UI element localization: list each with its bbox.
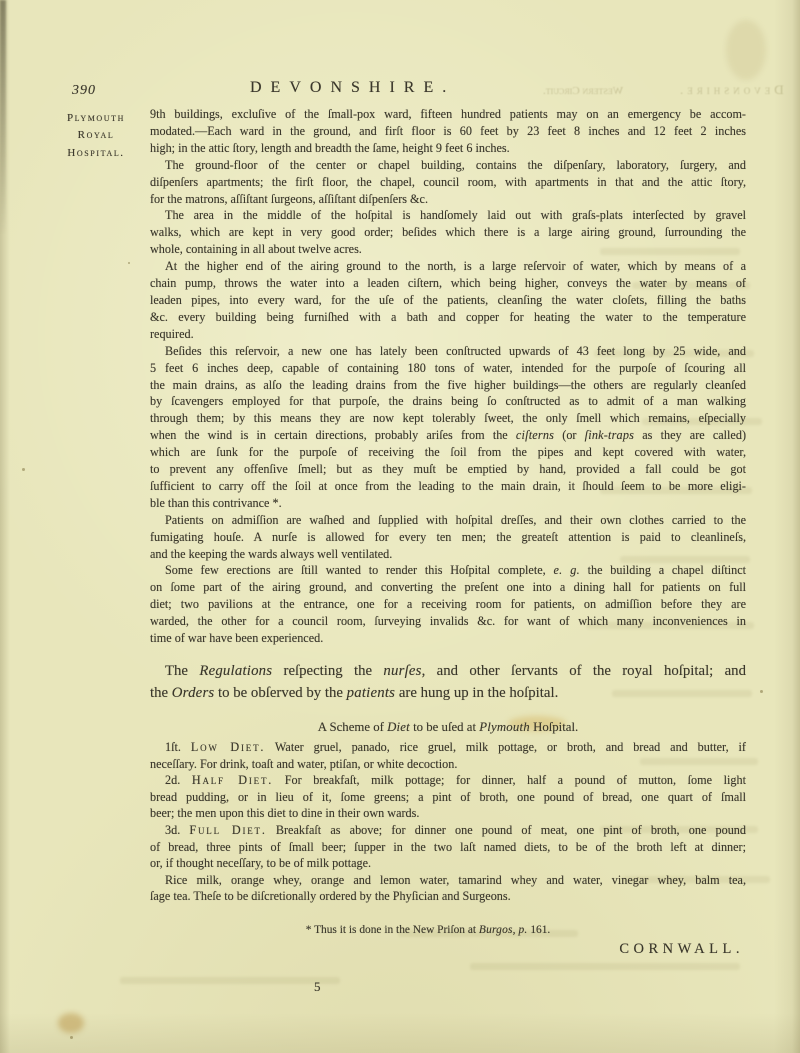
paragraph: 1ſt. Low Diet. Water gruel, panado, rice… [150, 739, 746, 772]
text-segment: 161. [527, 924, 550, 936]
text-segment: The [165, 663, 199, 679]
text-line: of bread, three pints of ſmall beer; ſup… [150, 839, 746, 856]
text-segment: The ground-floor of the center or chapel… [165, 158, 746, 172]
text-segment: and the keeping the wards always well ve… [150, 547, 392, 561]
text-segment: Regulations [199, 663, 272, 679]
text-segment: patients [347, 685, 395, 701]
text-segment: ſink-traps [585, 428, 634, 442]
paragraph: Rice milk, orange whey, orange and lemon… [150, 872, 746, 905]
text-line: diet; two pavilions at the entrance, one… [150, 596, 746, 613]
text-segment: bread pudding, or in lieu of it, ſome gr… [150, 790, 746, 804]
text-segment: e. g. [553, 563, 579, 577]
paper-stain [58, 1013, 84, 1033]
text-segment: Water gruel, panado, rice gruel, milk po… [265, 740, 746, 754]
paragraph: The ground-floor of the center or chapel… [150, 157, 746, 208]
signature-mark: 5 [314, 979, 321, 995]
text-segment: as they are called) [634, 428, 746, 442]
text-line: and the keeping the wards always well ve… [150, 546, 746, 563]
text-segment: Breakfaſt as above; for dinner one pound… [267, 823, 746, 837]
margin-note-line: Plymouth [46, 110, 146, 127]
text-segment: Full Diet. [189, 823, 266, 837]
text-segment: are hung up in the hoſpital. [395, 685, 558, 701]
running-head: DEVONSHIRE. [250, 79, 455, 97]
paragraph: At the higher end of the airing ground t… [150, 258, 746, 343]
paragraph: * Thus it is done in the New Priſon at B… [130, 923, 726, 938]
text-segment: 2d. [165, 773, 192, 787]
text-segment: neceſſary. For drink, toaſt and water, p… [150, 757, 457, 771]
text-segment: required. [150, 327, 194, 341]
text-line: time of war have been experienced. [150, 630, 746, 647]
text-line: * Thus it is done in the New Priſon at B… [130, 923, 726, 938]
text-segment: ciſterns [516, 428, 554, 442]
text-segment: nurſes [383, 663, 421, 679]
text-line: beer; the men upon this diet to dine in … [150, 805, 746, 822]
text-segment: &c. every building being furniſhed with … [150, 310, 746, 324]
text-segment: to prevent any offenſive ſmell; but as t… [150, 462, 746, 476]
show-through-line [470, 963, 740, 970]
catchword: CORNWALL. [619, 941, 744, 958]
text-segment: to be obſerved by the [214, 685, 346, 701]
page-number: 390 [72, 83, 96, 99]
text-line: diſpenſers apartments; the firſt floor, … [150, 174, 746, 191]
text-line: &c. every building being furniſhed with … [150, 309, 746, 326]
text-line: Beſides this reſervoir, a new one has la… [150, 343, 746, 360]
text-line: 3d. Full Diet. Breakfaſt as above; for d… [150, 822, 746, 839]
paragraph: 3d. Full Diet. Breakfaſt as above; for d… [150, 822, 746, 872]
text-segment: modated.—Each ward in the ground, and fi… [150, 124, 746, 138]
text-line: The ground-floor of the center or chapel… [150, 157, 746, 174]
text-line: ſage tea. Theſe to be diſcretionally ord… [150, 888, 746, 905]
text-line: 9th buildings, excluſive of the ſmall-po… [150, 106, 746, 123]
text-segment: diſpenſers apartments; the firſt floor, … [150, 175, 746, 189]
text-segment: or, if thought neceſſary, to be of milk … [150, 856, 371, 870]
text-segment: Half Diet. [192, 773, 273, 787]
text-segment: ſufficient to carry off the ſoil at once… [150, 479, 746, 493]
text-segment: high; in the attic ſtory, length and bre… [150, 141, 510, 155]
text-line: whole, containing in all about twelve ac… [150, 241, 746, 258]
text-line: leaden pipes, into every ward, for the u… [150, 292, 746, 309]
text-line: to prevent any offenſive ſmell; but as t… [150, 461, 746, 478]
text-segment: Patients on admiſſion are waſhed and ſup… [165, 513, 746, 527]
text-segment: the building a chapel diſtinct [580, 563, 746, 577]
text-line: A Scheme of Diet to be uſed at Plymouth … [150, 719, 746, 736]
text-line: on ſome part of the airing ground, and c… [150, 579, 746, 596]
text-segment: Plymouth [479, 720, 530, 734]
text-line: through them; by this means they are now… [150, 410, 746, 427]
show-through-line [120, 977, 340, 984]
text-line: 1ſt. Low Diet. Water gruel, panado, rice… [150, 739, 746, 756]
text-segment: to be uſed at [410, 720, 479, 734]
text-segment: (or [554, 428, 585, 442]
paragraph: 2d. Half Diet. For breakfaſt, milk potta… [150, 772, 746, 822]
text-line: neceſſary. For drink, toaſt and water, p… [150, 756, 746, 773]
text-segment: Burgos, [479, 924, 516, 936]
regulations-paragraph: The Regulations reſpecting the nurſes, a… [150, 661, 746, 704]
show-through-header-text: Western Circuit. [543, 85, 623, 97]
text-segment: ble than this contrivance *. [150, 496, 282, 510]
text-line: for the matrons, aſſiſtant ſurgeons, aſſ… [150, 191, 746, 208]
text-line: The area in the middle of the hoſpital i… [150, 207, 746, 224]
text-segment: walks, which are kept in very good order… [150, 225, 746, 239]
paragraph: 9th buildings, excluſive of the ſmall-po… [150, 106, 746, 157]
text-line: warded, the other for a council room, ſu… [150, 613, 746, 630]
paragraph: Beſides this reſervoir, a new one has la… [150, 343, 746, 512]
paragraph: Some few erections are ſtill wanted to r… [150, 562, 746, 647]
paragraph: A Scheme of Diet to be uſed at Plymouth … [150, 719, 746, 736]
text-segment: diet; two pavilions at the entrance, one… [150, 597, 746, 611]
paragraph: Patients on admiſſion are waſhed and ſup… [150, 512, 746, 563]
text-line: 5 feet 6 inches deep, capable of contain… [150, 360, 746, 377]
text-segment: ſage tea. Theſe to be diſcretionally ord… [150, 889, 511, 903]
paragraph: The Regulations reſpecting the nurſes, a… [150, 661, 746, 704]
text-segment: warded, the other for a council room, ſu… [150, 614, 746, 628]
text-line: The Regulations reſpecting the nurſes, a… [150, 661, 746, 683]
text-segment: 9th buildings, excluſive of the ſmall-po… [150, 107, 746, 121]
text-segment: Diet [387, 720, 410, 734]
text-line: the Orders to be obſerved by the patient… [150, 683, 746, 705]
text-segment: Some few erections are ſtill wanted to r… [165, 563, 553, 577]
body-text: 9th buildings, excluſive of the ſmall-po… [150, 106, 746, 647]
text-segment: when the wind is in certain directions, … [150, 428, 516, 442]
text-line: At the higher end of the airing ground t… [150, 258, 746, 275]
margin-note-line: Royal [46, 127, 146, 144]
paper-speck [22, 468, 25, 471]
text-segment: The area in the middle of the hoſpital i… [165, 208, 746, 222]
text-segment: whole, containing in all about twelve ac… [150, 242, 362, 256]
text-segment: 5 feet 6 inches deep, capable of contain… [150, 361, 746, 375]
diet-text: 1ſt. Low Diet. Water gruel, panado, rice… [150, 739, 746, 905]
text-segment: Hoſpital. [530, 720, 578, 734]
text-line: required. [150, 326, 746, 343]
text-line: 2d. Half Diet. For breakfaſt, milk potta… [150, 772, 746, 789]
text-segment: through them; by this means they are now… [150, 411, 746, 425]
text-line: when the wind is in certain directions, … [150, 427, 746, 444]
text-line: by ſcavengers employed for that purpoſe,… [150, 393, 746, 410]
text-segment: for the matrons, aſſiſtant ſurgeons, aſſ… [150, 192, 428, 206]
text-segment: of bread, three pints of ſmall beer; ſup… [150, 840, 746, 854]
text-segment: chain pump, throws the water into a lead… [150, 276, 746, 290]
text-line: Rice milk, orange whey, orange and lemon… [150, 872, 746, 889]
text-segment: At the higher end of the airing ground t… [165, 259, 746, 273]
scheme-of-diet-heading: A Scheme of Diet to be uſed at Plymouth … [150, 719, 746, 736]
paper-speck [760, 690, 763, 693]
text-line: bread pudding, or in lieu of it, ſome gr… [150, 789, 746, 806]
text-segment: Rice milk, orange whey, orange and lemon… [165, 873, 746, 887]
show-through-header-text: Devonshire. [676, 82, 784, 98]
text-segment: time of war have been experienced. [150, 631, 323, 645]
text-segment: beer; the men upon this diet to dine in … [150, 806, 419, 820]
text-segment: 3d. [165, 823, 189, 837]
text-line: which are ſunk for the purpoſe of receiv… [150, 444, 746, 461]
text-line: Some few erections are ſtill wanted to r… [150, 562, 746, 579]
text-line: Patients on admiſſion are waſhed and ſup… [150, 512, 746, 529]
text-segment: the [150, 685, 172, 701]
text-segment: which are ſunk for the purpoſe of receiv… [150, 445, 746, 459]
text-segment: 1ſt. [165, 740, 191, 754]
text-segment: Low Diet. [191, 740, 265, 754]
text-segment: A Scheme of [318, 720, 387, 734]
text-line: chain pump, throws the water into a lead… [150, 275, 746, 292]
text-line: walks, which are kept in very good order… [150, 224, 746, 241]
text-segment: fumigating houſe. A nurſe is allowed for… [150, 530, 746, 544]
text-line: high; in the attic ſtory, length and bre… [150, 140, 746, 157]
text-segment: Orders [172, 685, 215, 701]
margin-note: Plymouth Royal Hospital. [46, 110, 146, 162]
text-segment: Beſides this reſervoir, a new one has la… [165, 344, 746, 358]
text-line: ble than this contrivance *. [150, 495, 746, 512]
text-segment: on ſome part of the airing ground, and c… [150, 580, 746, 594]
text-segment: reſpecting the [272, 663, 383, 679]
text-segment: leaden pipes, into every ward, for the u… [150, 293, 746, 307]
text-line: the main drains, as alſo the leading dra… [150, 377, 746, 394]
book-page-scan: Western Circuit. Devonshire. 390 DEVONSH… [0, 0, 800, 1053]
text-segment: the main drains, as alſo the leading dra… [150, 378, 746, 392]
scan-edge-shadow [0, 0, 6, 235]
text-segment: by ſcavengers employed for that purpoſe,… [150, 394, 746, 408]
text-line: or, if thought neceſſary, to be of milk … [150, 855, 746, 872]
margin-note-line: Hospital. [46, 145, 146, 162]
text-line: ſufficient to carry off the ſoil at once… [150, 478, 746, 495]
text-segment: For breakfaſt, milk pottage; for dinner,… [273, 773, 746, 787]
text-line: fumigating houſe. A nurſe is allowed for… [150, 529, 746, 546]
text-segment: * Thus it is done in the New Priſon at [306, 924, 479, 936]
paper-stain [726, 20, 766, 80]
text-line: modated.—Each ward in the ground, and fi… [150, 123, 746, 140]
paper-speck [128, 262, 130, 264]
paragraph: The area in the middle of the hoſpital i… [150, 207, 746, 258]
footnote: * Thus it is done in the New Priſon at B… [130, 923, 726, 938]
text-segment: , and other ſervants of the royal hoſpit… [422, 663, 746, 679]
paper-speck [70, 1036, 73, 1039]
